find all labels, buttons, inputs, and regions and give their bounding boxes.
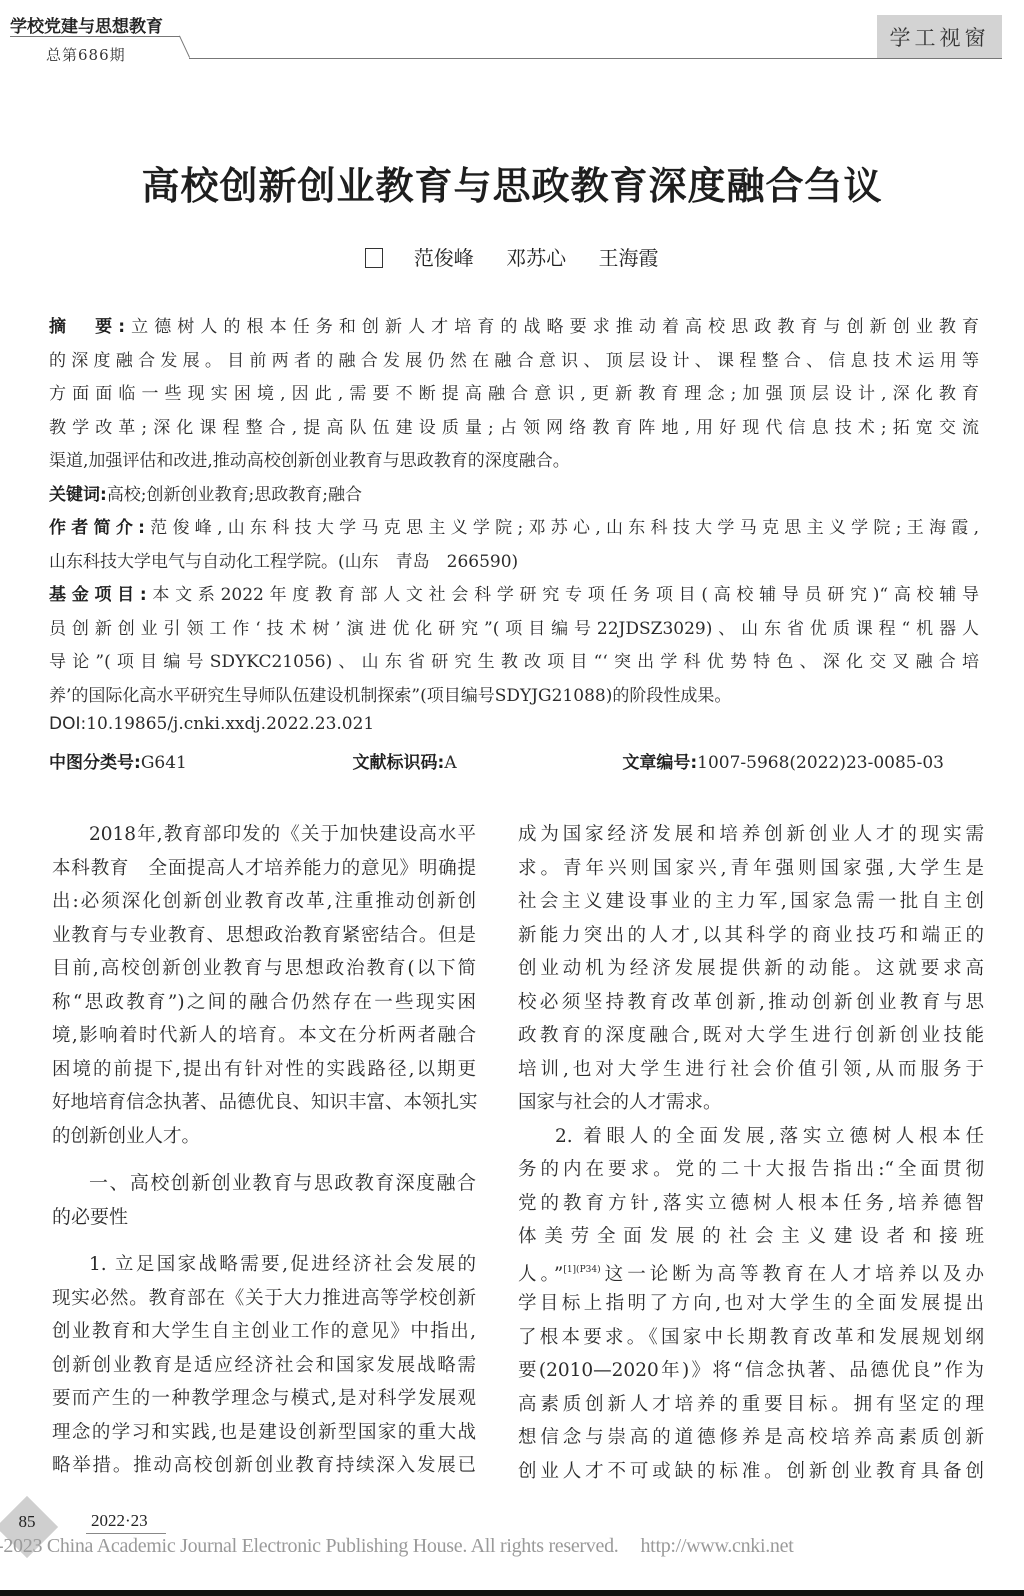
funding-line: 导论”(项目编号SDYKC21056)、山东省研究生教改项目“‘突出学科优势特色… bbox=[49, 646, 979, 680]
body-line: 出:必须深化创新创业教育改革,注重推动创新创 bbox=[52, 885, 476, 919]
body-line-with-citation: 人。”[1](P34)这一论断为高等教育在人才培养以及办 bbox=[518, 1254, 984, 1288]
body-line: 体美劳全面发展的社会主义建设者和接班 bbox=[518, 1220, 984, 1254]
funding: 基金项目:本文系2022年度教育部人文社会科学研究专项任务项目(高校辅导员研究)… bbox=[49, 579, 979, 713]
article-number: 文章编号:1007-5968(2022)23-0085-03 bbox=[622, 748, 944, 773]
abstract-line: 的深度融合发展。目前两者的融合发展仍然在融合意识、顶层设计、课程整合、信息技术运… bbox=[49, 345, 979, 379]
author-name: 邓苏心 bbox=[506, 246, 566, 270]
copyright-watermark: -2023 China Academic Journal Electronic … bbox=[0, 1535, 793, 1558]
bottom-edge-bar bbox=[0, 1590, 1024, 1596]
page-number: 85 bbox=[10, 1512, 44, 1532]
classification-line: 中图分类号:G641 文献标识码:A 文章编号:1007-5968(2022)2… bbox=[49, 748, 944, 773]
issue-date: 2022·23 bbox=[91, 1511, 148, 1531]
body-line: 创新创业教育是适应经济社会和国家发展战略需 bbox=[52, 1349, 476, 1383]
body-line: 社会主义建设事业的主力军,国家急需一批自主创 bbox=[518, 885, 984, 919]
cnki-url-link[interactable]: http://www.cnki.net bbox=[640, 1535, 793, 1557]
header-rule bbox=[189, 58, 1002, 59]
section-heading: 一、高校创新创业教育与思政教育深度融合 的必要性 bbox=[52, 1167, 476, 1234]
body-line: 2018年,教育部印发的《关于加快建设高水平 bbox=[52, 818, 476, 852]
body-line: 想信念与崇高的道德修养是高校培养高素质创新 bbox=[518, 1421, 984, 1455]
body-line: 培训,也对大学生进行社会价值引领,从而服务于 bbox=[518, 1053, 984, 1087]
body-left-column: 2018年,教育部印发的《关于加快建设高水平 本科教育 全面提高人才培养能力的意… bbox=[52, 818, 476, 1483]
body-line: 校必须坚持教育改革创新,推动创新创业教育与思 bbox=[518, 986, 984, 1020]
body-line: 求。青年兴则国家兴,青年强则国家强,大学生是 bbox=[518, 852, 984, 886]
author-bio-label: 作者简介: bbox=[49, 518, 145, 538]
body-line: 创业教育和大学生自主创业工作的意见》中指出, bbox=[52, 1315, 476, 1349]
body-line: 略举措。推动高校创新创业教育持续深入发展已 bbox=[52, 1449, 476, 1483]
body-line: 好地培育信念执著、品德优良、知识丰富、本领扎实 bbox=[52, 1086, 476, 1120]
intro-paragraph: 2018年,教育部印发的《关于加快建设高水平 本科教育 全面提高人才培养能力的意… bbox=[52, 818, 476, 1153]
journal-name: 学校党建与思想教育 bbox=[10, 12, 163, 37]
body-line: 业教育与专业教育、思想政治教育紧密结合。但是 bbox=[52, 919, 476, 953]
body-line: 困境的前提下,提出有针对性的实践路径,以期更 bbox=[52, 1053, 476, 1087]
keywords: 关键词:高校;创新创业教育;思政教育;融合 bbox=[49, 479, 979, 513]
author-marker-icon bbox=[365, 248, 383, 268]
citation-reference[interactable]: [1](P34) bbox=[563, 1265, 600, 1275]
body-right-column: 成为国家经济发展和培养创新创业人才的现实需 求。青年兴则国家兴,青年强则国家强,… bbox=[518, 818, 984, 1488]
body-line: 创业人才不可或缺的标准。创新创业教育具备创 bbox=[518, 1455, 984, 1489]
funding-line: 养’的国际化高水平研究生导师队伍建设机制探索”(项目编号SDYJG21088)的… bbox=[49, 680, 979, 714]
body-line: 理念的学习和实践,也是建设创新型国家的重大战 bbox=[52, 1416, 476, 1450]
continued-paragraph: 成为国家经济发展和培养创新创业人才的现实需 求。青年兴则国家兴,青年强则国家强,… bbox=[518, 818, 984, 1120]
body-line: 境,影响着时代新人的培育。本文在分析两者融合 bbox=[52, 1019, 476, 1053]
body-line: 1. 立足国家战略需要,促进经济社会发展的 bbox=[52, 1248, 476, 1282]
clc: 中图分类号:G641 bbox=[49, 748, 187, 773]
article-title: 高校创新创业教育与思政教育深度融合刍议 bbox=[0, 155, 1024, 210]
body-line: 高素质创新人才培养的重要目标。拥有坚定的理 bbox=[518, 1388, 984, 1422]
funding-label: 基金项目: bbox=[49, 585, 147, 605]
body-line: 务的内在要求。党的二十大报告指出:“全面贯彻 bbox=[518, 1153, 984, 1187]
body-line: 了根本要求。《国家中长期教育改革和发展规划纲 bbox=[518, 1321, 984, 1355]
funding-line: 员创新创业引领工作‘技术树’演进优化研究”(项目编号22JDSZ3029)、山东… bbox=[49, 613, 979, 647]
abstract-line: 教学改革;深化课程整合,提高队伍建设质量;占领网络教育阵地,用好现代信息技术;拓… bbox=[49, 412, 979, 446]
author-bio: 作者简介:范俊峰,山东科技大学马克思主义学院;邓苏心,山东科技大学马克思主义学院… bbox=[49, 512, 979, 579]
body-line: 政教育的深度融合,既对大学生进行创新创业技能 bbox=[518, 1019, 984, 1053]
abstract: 摘 要:立德树人的根本任务和创新人才培育的战略要求推动着高校思政教育与创新创业教… bbox=[49, 311, 979, 479]
header-underline bbox=[10, 36, 180, 37]
body-line: 党的教育方针,落实立德树人根本任务,培养德智 bbox=[518, 1187, 984, 1221]
body-line: 学目标上指明了方向,也对大学生的全面发展提出 bbox=[518, 1287, 984, 1321]
abstract-line: 摘 要:立德树人的根本任务和创新人才培育的战略要求推动着高校思政教育与创新创业教… bbox=[49, 311, 979, 345]
body-line: 现实必然。教育部在《关于大力推进高等学校创新 bbox=[52, 1282, 476, 1316]
doi: DOI:10.19865/j.cnki.xxdj.2022.23.021 bbox=[49, 714, 374, 734]
body-line: 成为国家经济发展和培养创新创业人才的现实需 bbox=[518, 818, 984, 852]
section-heading-line: 一、高校创新创业教育与思政教育深度融合 bbox=[52, 1167, 476, 1201]
document-code: 文献标识码:A bbox=[353, 748, 457, 773]
body-line: 的创新创业人才。 bbox=[52, 1120, 476, 1154]
section-tag: 学工视窗 bbox=[877, 15, 1002, 58]
author-name: 王海霞 bbox=[599, 246, 659, 270]
body-line: 目前,高校创新创业教育与思想政治教育(以下简 bbox=[52, 952, 476, 986]
body-line: 要(2010—2020年)》将“信念执著、品德优良”作为 bbox=[518, 1354, 984, 1388]
author-list: 范俊峰 邓苏心 王海霞 bbox=[0, 242, 1024, 271]
issue-date-underline bbox=[86, 1533, 166, 1534]
body-line: 国家与社会的人才需求。 bbox=[518, 1086, 984, 1120]
abstract-line: 方面面临一些现实困境,因此,需要不断提高融合意识,更新教育理念;加强顶层设计,深… bbox=[49, 378, 979, 412]
abstract-line: 渠道,加强评估和改进,推动高校创新创业教育与思政教育的深度融合。 bbox=[49, 445, 979, 479]
header-slant-rule bbox=[179, 36, 190, 58]
author-bio-line: 山东科技大学电气与自动化工程学院。(山东 青岛 266590) bbox=[49, 546, 979, 580]
body-line: 创业动机为经济发展提供新的动能。这就要求高 bbox=[518, 952, 984, 986]
doi-value[interactable]: 10.19865/j.cnki.xxdj.2022.23.021 bbox=[86, 714, 374, 734]
body-line: 2. 着眼人的全面发展,落实立德树人根本任 bbox=[518, 1120, 984, 1154]
author-name: 范俊峰 bbox=[414, 246, 474, 270]
keywords-label: 关键词: bbox=[49, 485, 107, 505]
keywords-text: 高校;创新创业教育;思政教育;融合 bbox=[107, 485, 362, 505]
body-line: 要而产生的一种教学理念与模式,是对科学发展观 bbox=[52, 1382, 476, 1416]
abstract-label: 摘 要: bbox=[49, 317, 125, 337]
body-line: 称“思政教育”)之间的融合仍然存在一些现实困 bbox=[52, 986, 476, 1020]
section-heading-line: 的必要性 bbox=[52, 1201, 476, 1235]
copyright-text: -2023 China Academic Journal Electronic … bbox=[0, 1535, 618, 1557]
body-line: 本科教育 全面提高人才培养能力的意见》明确提 bbox=[52, 852, 476, 886]
subsection-paragraph-2: 2. 着眼人的全面发展,落实立德树人根本任 务的内在要求。党的二十大报告指出:“… bbox=[518, 1120, 984, 1489]
issue-total: 总第686期 bbox=[46, 44, 126, 65]
body-line: 新能力突出的人才,以其科学的商业技巧和端正的 bbox=[518, 919, 984, 953]
subsection-paragraph-1: 1. 立足国家战略需要,促进经济社会发展的 现实必然。教育部在《关于大力推进高等… bbox=[52, 1248, 476, 1483]
doi-label: DOI: bbox=[49, 714, 86, 734]
